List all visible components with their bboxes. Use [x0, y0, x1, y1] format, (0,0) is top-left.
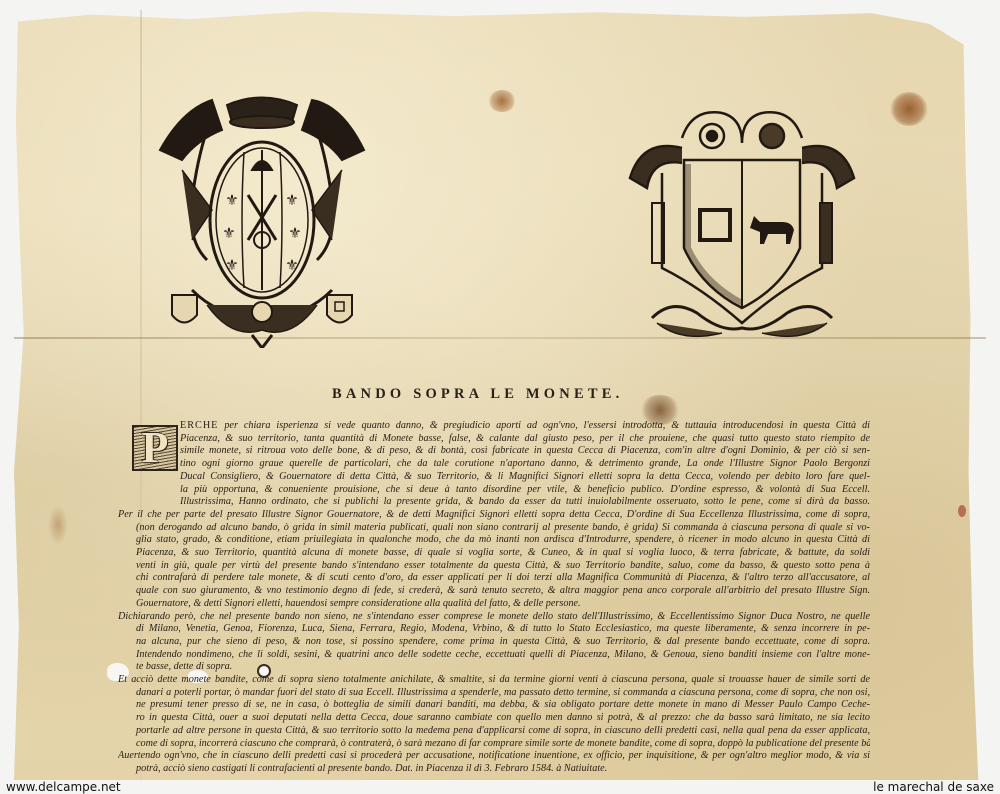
proclamation-body: ERCHE per chiara isperienza si vede quan…	[118, 420, 870, 776]
text-line: quale con suo giuramento, & vno testimon…	[118, 585, 870, 598]
text-line-content: chi contrafarà di perdere tale monete, &…	[136, 572, 870, 583]
text-line-content: per chiara isperienza si vede quanto dan…	[218, 420, 870, 431]
text-line-content: Dichiarando però, che nel presente bando…	[118, 611, 870, 622]
text-line: Per il che per parte del presato Illustr…	[118, 509, 870, 522]
text-line: chi contrafarà di perdere tale monete, &…	[118, 572, 870, 585]
svg-text:⚜: ⚜	[225, 256, 238, 274]
document-title: BANDO SOPRA LE MONETE.	[332, 386, 623, 403]
piacenza-coat-of-arms-icon	[622, 98, 862, 348]
svg-text:⚜: ⚜	[225, 191, 238, 209]
text-line-content: Illustrissima, Hanno ordinato, che si pu…	[180, 496, 870, 507]
text-line: ro in questa Città, ouer a suoi deputati…	[118, 712, 870, 725]
text-line: Dichiarando però, che nel presente bando…	[118, 611, 870, 624]
text-line: Gouernatore, & detti Signori elletti, ha…	[118, 598, 870, 611]
text-line: Illustrissima, Hanno ordinato, che si pu…	[118, 496, 870, 509]
text-line: tino ogni giorno graue querelle de parti…	[118, 458, 870, 471]
text-line-content: simile monete, si ritroua voto delle bon…	[180, 445, 870, 456]
text-line-content: Ducal Consigliero, & Gouernatore di dett…	[180, 471, 870, 482]
text-line-content: come di sopra, incorrerà ciascuno che co…	[136, 738, 870, 749]
text-line: come di sopra, incorrerà ciascuno che co…	[118, 738, 870, 751]
text-line: Piacenza, & suo Territorio, quantità alc…	[118, 547, 870, 560]
text-line-content: na alcuna, pur che sieno di peso, & non …	[136, 636, 870, 647]
text-line: potrà, acciò sieno castigati li contrafa…	[118, 763, 870, 776]
stain-top-center	[488, 90, 516, 112]
text-line: di Milano, Venetia, Genoa, Fiorenza, Luc…	[118, 623, 870, 636]
text-line-content: di Milano, Venetia, Genoa, Fiorenza, Luc…	[136, 623, 870, 634]
text-line-content: te basse, dette di sopra.	[136, 661, 232, 672]
text-line: la più opportuna, & conueniente prouisio…	[118, 484, 870, 497]
svg-text:⚜: ⚜	[288, 224, 301, 242]
svg-text:⚜: ⚜	[285, 256, 298, 274]
text-line: Intendendo nondimeno, che li soldi, sesi…	[118, 649, 870, 662]
svg-text:⚜: ⚜	[285, 191, 298, 209]
text-line-content: Intendendo nondimeno, che li soldi, sesi…	[136, 649, 870, 660]
svg-text:⚜: ⚜	[222, 224, 235, 242]
text-line-content: (non derogando ad alcuno bando, ò grida …	[136, 522, 870, 533]
text-line: Ducal Consigliero, & Gouernatore di dett…	[118, 471, 870, 484]
text-line-content: Auertendo ogn'vno, che in ciascuno delli…	[118, 750, 870, 761]
text-line-content: ro in questa Città, ouer a suoi deputati…	[136, 712, 870, 723]
text-line-content: glia stato, grado, & conditione, etiam p…	[136, 534, 870, 545]
text-line: danari a poterli portar, ò mandar fuori …	[118, 687, 870, 700]
text-line: (non derogando ad alcuno bando, ò grida …	[118, 522, 870, 535]
stain-top-right	[890, 92, 928, 126]
text-line: Et acciò dette monete bandite, come di s…	[118, 674, 870, 687]
watermark-seller: le marechal de saxe	[873, 780, 994, 794]
text-line-content: potrà, acciò sieno castigati li contrafa…	[136, 763, 607, 774]
text-line-content: venti in giù, quale per virtù del presen…	[136, 560, 870, 571]
text-line: portarle ad altre persone in questa Citt…	[118, 725, 870, 738]
text-line-content: la più opportuna, & conueniente prouisio…	[180, 484, 870, 495]
text-line: ERCHE per chiara isperienza si vede quan…	[118, 420, 870, 433]
text-line: ne presumi tener presso di se, ne in cas…	[118, 699, 870, 712]
text-line-content: tino ogni giorno graue querelle de parti…	[180, 458, 870, 469]
papal-coat-of-arms-icon: ⚜⚜ ⚜⚜ ⚜⚜	[152, 90, 372, 348]
text-line-content: quale con suo giuramento, & vno testimon…	[136, 585, 870, 596]
text-line-content: Piacenza, & suo Territorio, quantità alc…	[136, 547, 870, 558]
text-line-content: portarle ad altre persone in questa Citt…	[136, 725, 870, 736]
stain-small-right	[958, 505, 966, 517]
text-line: venti in giù, quale per virtù del presen…	[118, 560, 870, 573]
text-line-content: ne presumi tener presso di se, ne in cas…	[136, 699, 870, 710]
text-line-content: Et acciò dette monete bandite, come di s…	[118, 674, 870, 685]
text-line: na alcuna, pur che sieno di peso, & non …	[118, 636, 870, 649]
text-line: Auertendo ogn'vno, che in ciascuno delli…	[118, 750, 870, 763]
text-line: simile monete, si ritroua voto delle bon…	[118, 445, 870, 458]
text-line-content: danari a poterli portar, ò mandar fuori …	[136, 687, 870, 698]
stain-left-margin	[48, 505, 68, 545]
text-line: glia stato, grado, & conditione, etiam p…	[118, 534, 870, 547]
text-line-content: Per il che per parte del presato Illustr…	[118, 509, 870, 520]
text-line-content: Gouernatore, & detti Signori elletti, ha…	[136, 598, 581, 609]
watermark-delcampe[interactable]: www.delcampe.net	[6, 780, 121, 794]
text-line: te basse, dette di sopra.	[118, 661, 870, 674]
text-line: Piacenza, & suo territorio, tanta quanti…	[118, 433, 870, 446]
first-word: ERCHE	[180, 420, 218, 431]
text-line-content: Piacenza, & suo territorio, tanta quanti…	[180, 433, 870, 444]
